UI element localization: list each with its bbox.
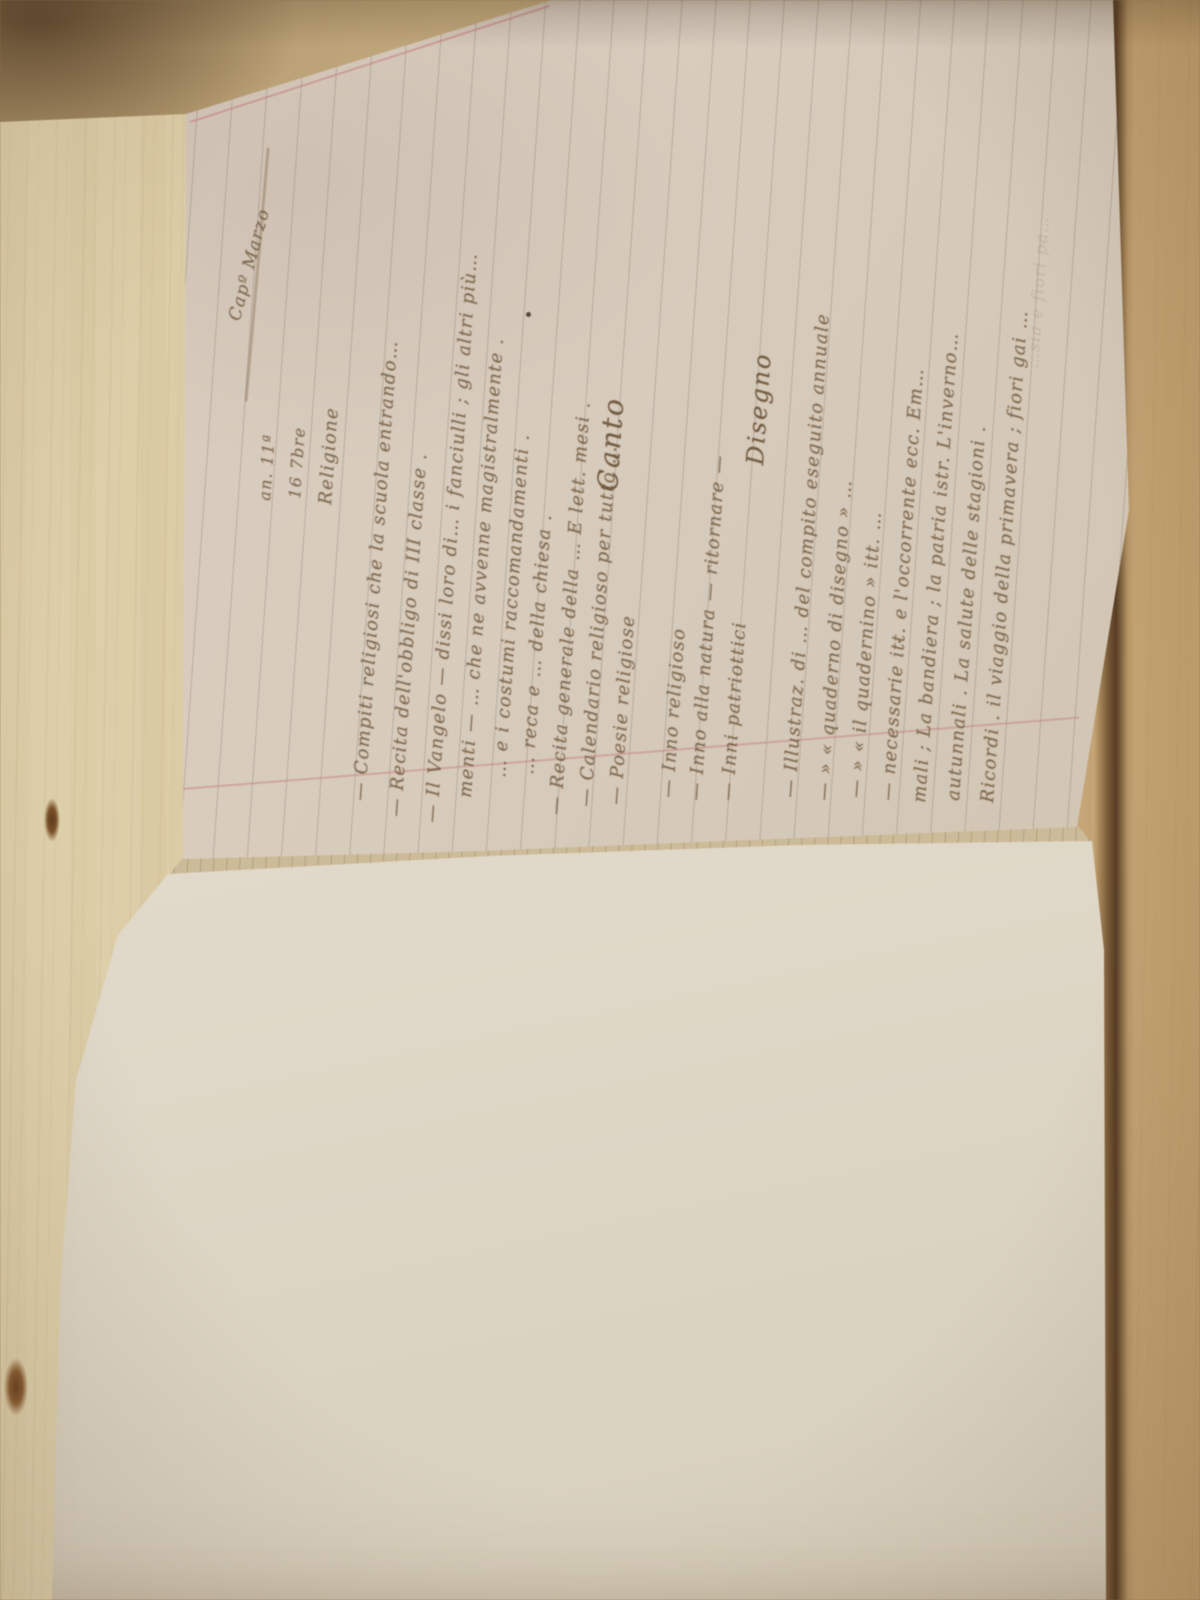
- notebook-photo: Capº Marzo an. 11ª 16 7bre Religione — C…: [0, 0, 1200, 1600]
- wood-knot: [4, 1358, 28, 1416]
- wood-knot: [44, 798, 60, 842]
